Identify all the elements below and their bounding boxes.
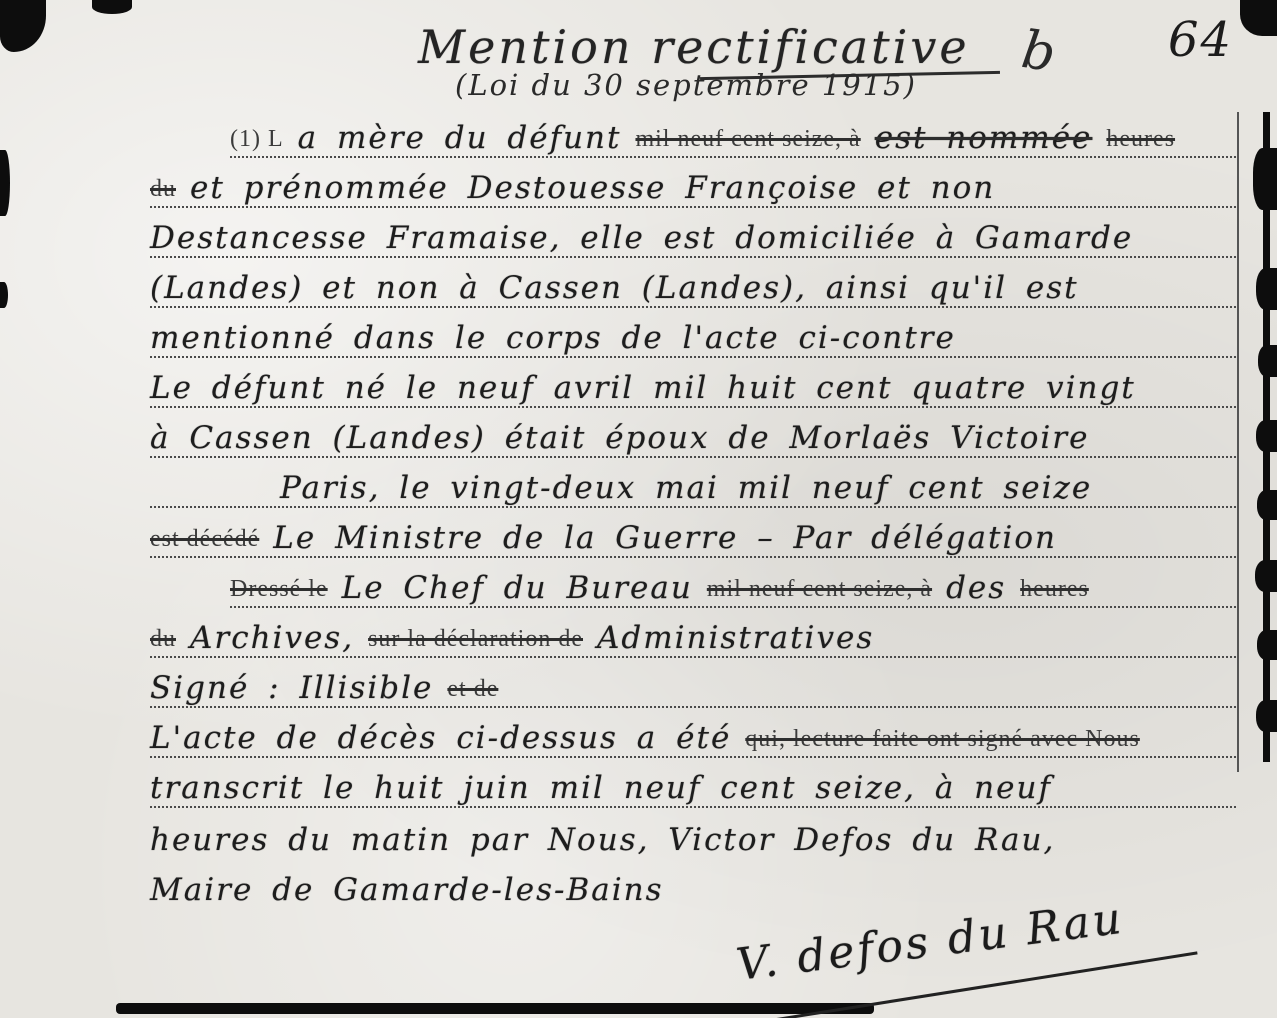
segment-print-struck: sur la déclaration de: [368, 627, 583, 655]
page-subtitle: (Loi du 30 septembre 1915): [455, 68, 917, 102]
segment-hand: Administratives: [597, 622, 874, 655]
segment-hand: des: [946, 572, 1006, 605]
scan-artifact-binding-blob: [1256, 700, 1277, 732]
line-epoux: à Cassen (Landes) était époux de Morlaës…: [150, 408, 1236, 458]
line-mentionne: mentionné dans le corps de l'acte ci-con…: [150, 308, 1236, 358]
scan-artifact-top-left: [0, 0, 46, 52]
segment-hand: Paris, le vingt-deux mai mil neuf cent s…: [280, 472, 1092, 505]
line-destancesse: Destancesse Framaise, elle est domicilié…: [150, 208, 1236, 258]
scan-artifact-bottom-bar: [116, 1003, 874, 1014]
segment-hand: transcrit le huit juin mil neuf cent sei…: [150, 772, 1052, 805]
scan-artifact-binding-blob: [1257, 490, 1277, 520]
line-acte-deces: L'acte de décès ci-dessus a étéqui, lect…: [150, 708, 1236, 758]
segment-hand: Signé : Illisible: [150, 672, 433, 705]
scan-artifact-binding-blob: [1257, 630, 1277, 660]
scan-artifact-left-edge-2: [0, 282, 8, 308]
segment-hand: Le Ministre de la Guerre – Par délégatio…: [273, 522, 1057, 555]
flourish-mark: b: [1018, 20, 1059, 84]
segment-print-struck: Dressé le: [230, 577, 328, 605]
segment-print-struck: du: [150, 627, 176, 655]
scan-artifact-top-left-2: [92, 0, 132, 14]
line-archives: duArchives,sur la déclaration deAdminist…: [150, 608, 1236, 658]
scan-artifact-left-edge: [0, 150, 10, 216]
line-ministre: est décédéLe Ministre de la Guerre – Par…: [150, 508, 1236, 558]
segment-hand-struck: est nommée: [875, 122, 1093, 155]
scan-artifact-binding-blob: [1256, 420, 1277, 452]
segment-hand: Le défunt né le neuf avril mil huit cent…: [150, 372, 1136, 405]
segment-print-struck: mil neuf cent seize, à: [635, 127, 860, 155]
segment-print-struck: heures: [1020, 577, 1089, 605]
segment-hand: heures du matin par Nous, Victor Defos d…: [150, 824, 1055, 857]
segment-print-struck: mil neuf cent seize, à: [707, 577, 932, 605]
segment-hand: a mère du défunt: [298, 122, 622, 155]
scan-artifact-binding-blob: [1256, 268, 1277, 310]
segment-hand: Le Chef du Bureau: [342, 572, 693, 605]
segment-print-struck: du: [150, 177, 176, 205]
scan-artifact-top-right: [1240, 0, 1277, 36]
scan-artifact-binding-blob: [1258, 345, 1277, 377]
segment-hand: et prénommée Destouesse Françoise et non: [190, 172, 995, 205]
line-signe: Signé : Illisibleet de: [150, 658, 1236, 708]
line-heures-matin: heures du matin par Nous, Victor Defos d…: [150, 808, 1236, 858]
page-title: Mention rectificative: [418, 20, 970, 74]
segment-print-struck: et de: [447, 677, 498, 705]
segment-print-struck: est décédé: [150, 527, 259, 555]
segment-hand: (Landes) et non à Cassen (Landes), ainsi…: [150, 272, 1079, 305]
line-transcrit: transcrit le huit juin mil neuf cent sei…: [150, 758, 1236, 808]
segment-print-struck: heures: [1106, 127, 1175, 155]
page-number: 64: [1168, 12, 1233, 68]
form-lines: (1) La mère du défuntmil neuf cent seize…: [150, 108, 1236, 908]
line-landes-cassen: (Landes) et non à Cassen (Landes), ainsi…: [150, 258, 1236, 308]
line-chef-bureau: Dressé leLe Chef du Bureaumil neuf cent …: [230, 558, 1236, 608]
line-paris-date: Paris, le vingt-deux mai mil neuf cent s…: [150, 458, 1236, 508]
segment-hand: mentionné dans le corps de l'acte ci-con…: [150, 322, 956, 355]
line-defunt-ne: Le défunt né le neuf avril mil huit cent…: [150, 358, 1236, 408]
segment-hand: L'acte de décès ci-dessus a été: [150, 722, 731, 755]
segment-hand: Destancesse Framaise, elle est domicilié…: [150, 222, 1133, 255]
line-indent-spacer: [150, 504, 280, 505]
segment-hand: Archives,: [190, 622, 354, 655]
scan-artifact-binding-blob: [1255, 560, 1277, 592]
scan-artifact-binding-blob: [1253, 148, 1277, 210]
segment-print-struck: qui, lecture faite ont signé avec Nous: [745, 727, 1140, 755]
form-right-margin-line: [1237, 112, 1239, 772]
segment-hand: Maire de Gamarde-les-Bains: [150, 874, 664, 907]
segment-hand: à Cassen (Landes) était époux de Morlaës…: [150, 422, 1089, 455]
line-mere-du-defunt: (1) La mère du défuntmil neuf cent seize…: [230, 108, 1236, 158]
line-prenommee: duet prénommée Destouesse Françoise et n…: [150, 158, 1236, 208]
segment-print: (1) L: [230, 127, 284, 155]
document-page: Mention rectificative (Loi du 30 septemb…: [0, 0, 1277, 1018]
